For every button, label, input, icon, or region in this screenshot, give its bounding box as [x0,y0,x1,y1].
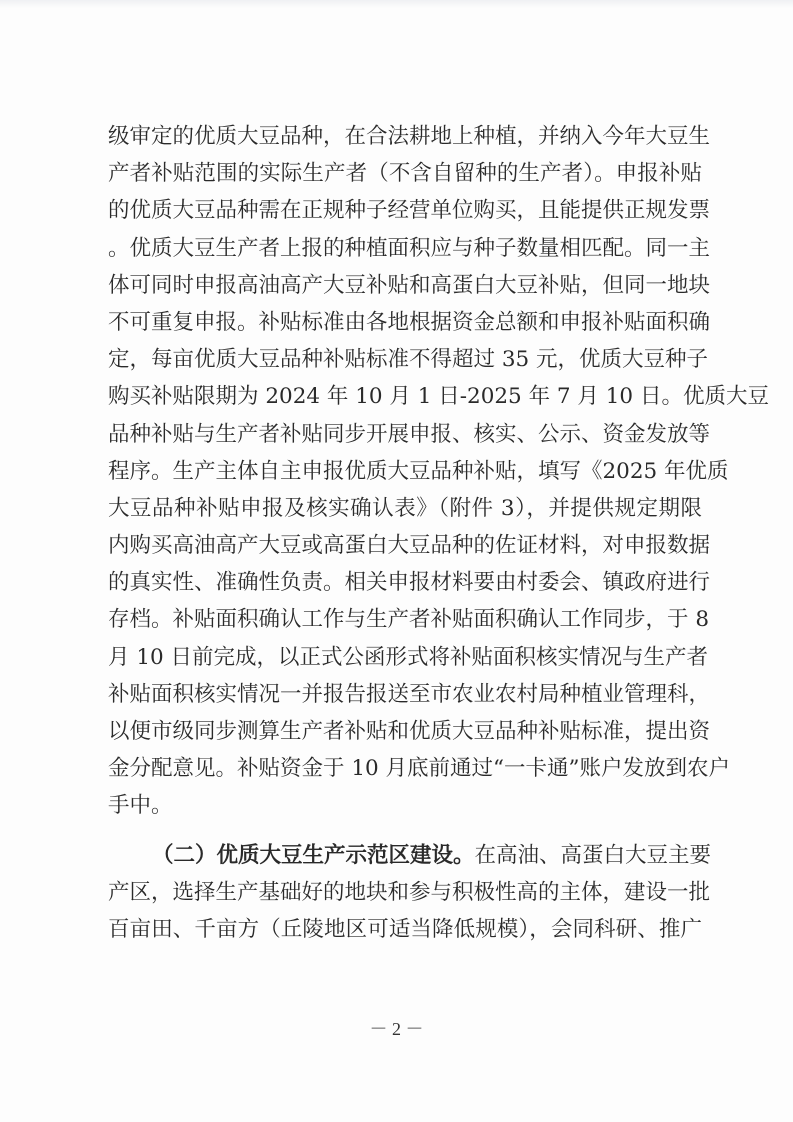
text-line: 月 10 日前完成，以正式公函形式将补贴面积核实情况与生产者 [108,639,702,676]
section-demo-zone: （二）优质大豆生产示范区建设。在高油、高蛋白大豆主要 产区，选择生产基础好的地块… [108,837,702,949]
text-line: 手中。 [108,787,702,824]
text-line: 购买补贴限期为 2024 年 10 月 1 日-2025 年 7 月 10 日。… [108,378,702,415]
section-text: 在高油、高蛋白大豆主要 [475,843,712,868]
text-line: 的优质大豆品种需在正规种子经营单位购买，且能提供正规发票 [108,192,702,229]
text-line: 级审定的优质大豆品种，在合法耕地上种植，并纳入今年大豆生 [108,118,702,155]
text-line: 补贴面积核实情况一并报告报送至市农业农村局种植业管理科， [108,676,702,713]
text-line: 体可同时申报高油高产大豆补贴和高蛋白大豆补贴，但同一地块 [108,267,702,304]
paragraph-subsidy-details: 级审定的优质大豆品种，在合法耕地上种植，并纳入今年大豆生 产者补贴范围的实际生产… [108,118,702,825]
text-line: 品种补贴与生产者补贴同步开展申报、核实、公示、资金发放等 [108,416,702,453]
text-line: 存档。补贴面积确认工作与生产者补贴面积确认工作同步，于 8 [108,601,702,638]
section-heading: （二）优质大豆生产示范区建设。 [152,843,475,868]
text-line: 的真实性、准确性负责。相关申报材料要由村委会、镇政府进行 [108,564,702,601]
scan-edge [0,0,793,8]
page-number: － 2 － [0,1015,793,1041]
text-line: 产者补贴范围的实际生产者（不含自留种的生产者）。申报补贴 [108,155,702,192]
text-line: 金分配意见。补贴资金于 10 月底前通过“一卡通”账户发放到农户 [108,750,702,787]
text-line: 内购买高油高产大豆或高蛋白大豆品种的佐证材料，对申报数据 [108,527,702,564]
text-line: 百亩田、千亩方（丘陵地区可适当降低规模），会同科研、推广 [108,911,702,948]
text-line: 。优质大豆生产者上报的种植面积应与种子数量相匹配。同一主 [108,230,702,267]
text-line: 产区，选择生产基础好的地块和参与积极性高的主体，建设一批 [108,874,702,911]
document-body: 级审定的优质大豆品种，在合法耕地上种植，并纳入今年大豆生 产者补贴范围的实际生产… [108,118,702,948]
text-line: 大豆品种补贴申报及核实确认表》（附件 3），并提供规定期限 [108,490,702,527]
text-line: 不可重复申报。补贴标准由各地根据资金总额和申报补贴面积确 [108,304,702,341]
text-line: 程序。生产主体自主申报优质大豆品种补贴，填写《2025 年优质 [108,453,702,490]
text-line: 定，每亩优质大豆品种补贴标准不得超过 35 元，优质大豆种子 [108,341,702,378]
text-line: 以便市级同步测算生产者补贴和优质大豆品种补贴标准，提出资 [108,713,702,750]
paragraph-gap [108,825,702,837]
section-heading-line: （二）优质大豆生产示范区建设。在高油、高蛋白大豆主要 [108,837,702,874]
